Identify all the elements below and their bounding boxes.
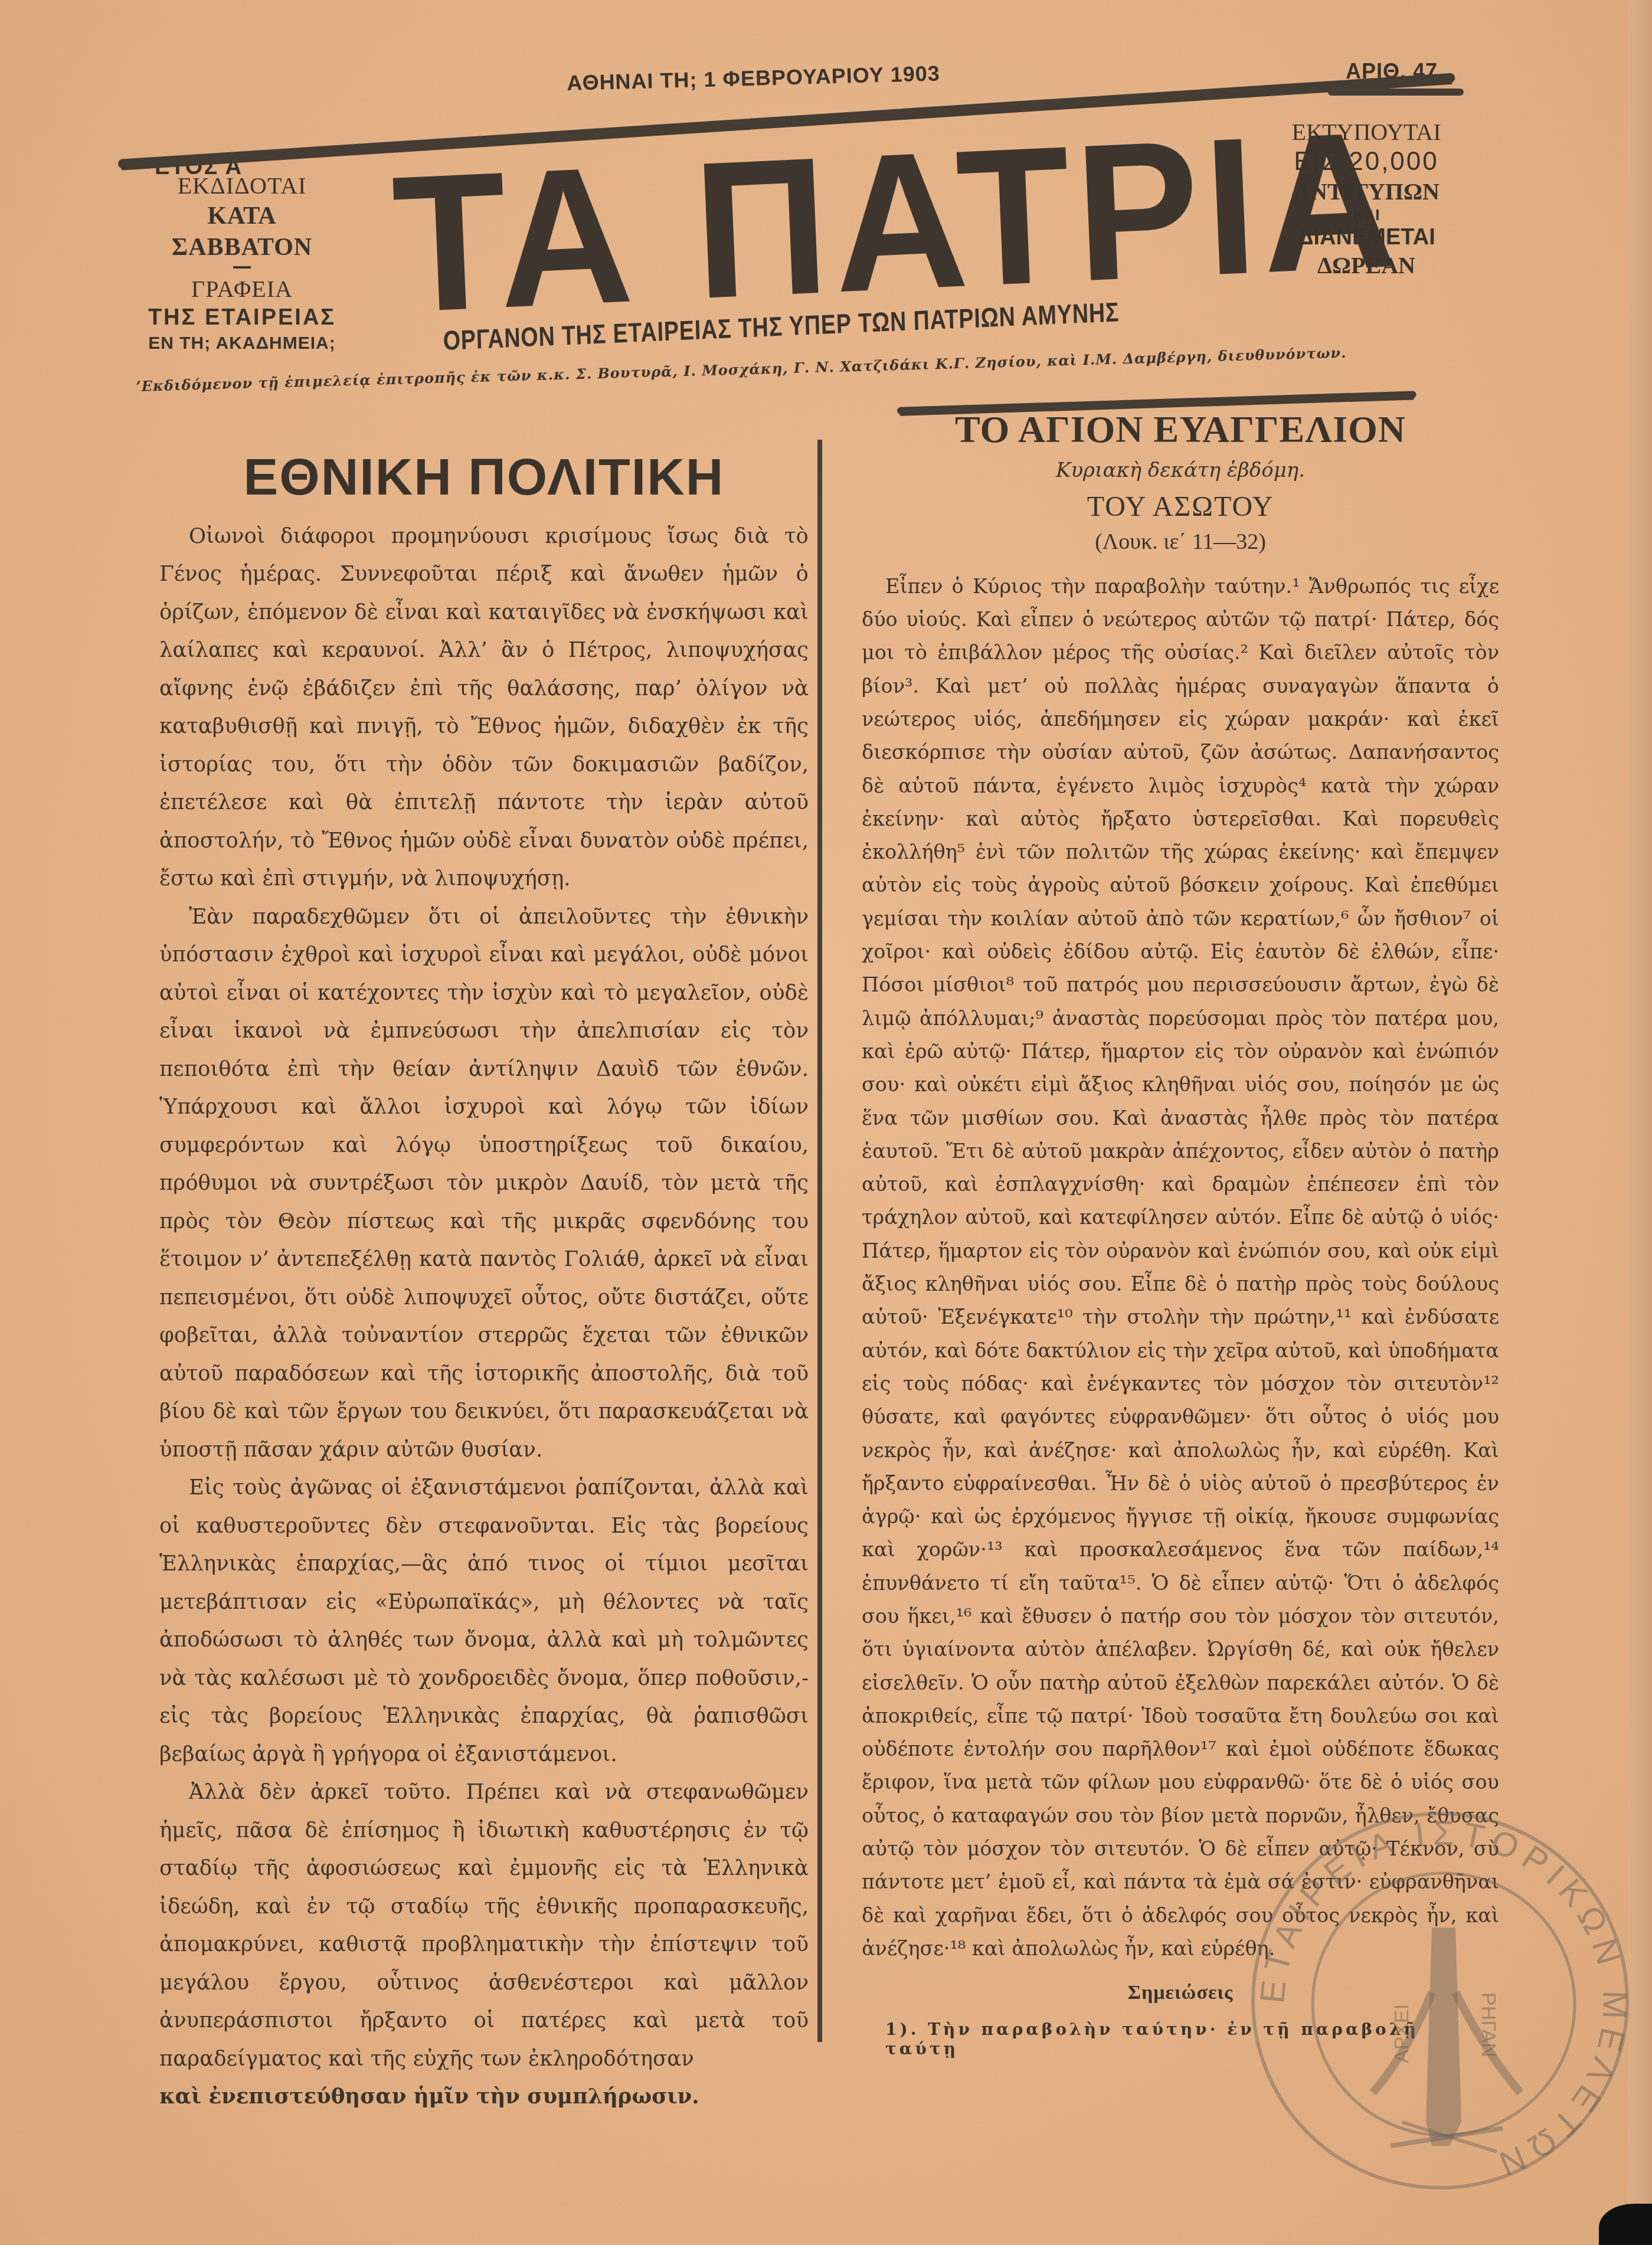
paragraph: Ἀλλὰ δὲν ἀρκεῖ τοῦτο. Πρέπει καὶ νὰ στεφ… <box>159 1773 809 2078</box>
offices-location: ΕΝ ΤΗ; ΑΚΑΔΗΜΕΙΑ; <box>136 332 348 355</box>
archive-stamp: ΕΤΑΙΡΕΙΑ ΙΣΤΟΡΙΚΩΝ ΜΕΛΕΤΩΝ ΑΡΧΕΙ ΡΗΓΑΝ <box>1251 1812 1629 2190</box>
parable-title: ΤΟΥ ΑΣΩΤΟΥ <box>862 490 1499 523</box>
published-label: ΕΚΔΙΔΟΤΑΙ <box>136 171 348 201</box>
paragraph: Εἰς τοὺς ἀγῶνας οἱ ἐξανιστάμενοι ῥαπίζον… <box>159 1469 809 1773</box>
free-label: ΔΩΡΕΑΝ <box>1269 251 1464 280</box>
distributed-label: ΔΙΑΝΕΜΕΤΑΙ <box>1269 224 1464 251</box>
offices-label: ΓΡΑΦΕΙΑ <box>136 274 348 304</box>
article-body: Εἶπεν ὁ Κύριος τὴν παραβολὴν ταύτην.¹ Ἄν… <box>862 570 1499 1965</box>
column-divider <box>817 440 822 2042</box>
print-run: ΕΙΣ 20,000 <box>1269 146 1464 178</box>
paragraph: Οἰωνοὶ διάφοροι προμηνύουσι κρισίμους ἴσ… <box>159 518 809 898</box>
published-weekday: ΚΑΤΑ ΣΑΒΒΑΤΟΝ <box>136 201 348 263</box>
date-line: ΑΘΗΝΑΙ ΤΗ; 1 ΦΕΒΡΟΥΑΡΙΟΥ 1903 <box>567 61 940 96</box>
stamp-inner-left: ΑΡΧΕΙ <box>1391 2004 1413 2063</box>
article-national-policy: ΕΘΝΙΚΗ ΠΟΛΙΤΙΚΗ Οἰωνοὶ διάφοροι προμηνύο… <box>159 449 809 2116</box>
paragraph: Εἶπεν ὁ Κύριος τὴν παραβολὴν ταύτην.¹ Ἄν… <box>862 570 1499 1965</box>
and-label: ΚΑΙ <box>1269 206 1464 224</box>
circulation-info-box: ΕΚΤΥΠΟΥΤΑΙ ΕΙΣ 20,000 ΑΝΤΙΤΥΠΩΝ ΚΑΙ ΔΙΑΝ… <box>1269 118 1464 280</box>
closing-line: καὶ ἐνεπιστεύθησαν ἡμῖν τὴν συμπλήρωσιν. <box>159 2078 809 2116</box>
article-heading: ΤΟ ΑΓΙΟΝ ΕΥΑΓΓΕΛΙΟΝ <box>862 407 1499 453</box>
offices-society: ΤΗΣ ΕΤΑΙΡΕΙΑΣ <box>136 304 348 332</box>
sunday-label: Κυριακὴ δεκάτη ἑβδόμη. <box>862 459 1499 482</box>
stamp-inner-right: ΡΗΓΑΝ <box>1477 1992 1500 2057</box>
newspaper-page: ΕΤΟΣ Α ΑΘΗΝΑΙ ΤΗ; 1 ΦΕΒΡΟΥΑΡΙΟΥ 1903 ΑΡΙ… <box>0 0 1652 2245</box>
stamp-emblem-icon: ΕΤΑΙΡΕΙΑ ΙΣΤΟΡΙΚΩΝ ΜΕΛΕΤΩΝ ΑΡΧΕΙ ΡΗΓΑΝ <box>1255 1815 1633 2193</box>
divider-dash <box>233 266 251 269</box>
copies-label: ΑΝΤΙΤΥΠΩΝ <box>1269 178 1464 206</box>
scripture-reference: (Λουκ. ιε΄ 11—32) <box>862 529 1499 555</box>
paragraph: Ἐὰν παραδεχθῶμεν ὅτι οἱ ἀπειλοῦντες τὴν … <box>159 898 809 1470</box>
publication-info-box: ΕΚΔΙΔΟΤΑΙ ΚΑΤΑ ΣΑΒΒΑΤΟΝ ΓΡΑΦΕΙΑ ΤΗΣ ΕΤΑΙ… <box>136 171 348 354</box>
printed-label: ΕΚΤΥΠΟΥΤΑΙ <box>1269 118 1464 146</box>
article-body: Οἰωνοὶ διάφοροι προμηνύουσι κρισίμους ἴσ… <box>159 518 809 2116</box>
article-gospel: ΤΟ ΑΓΙΟΝ ΕΥΑΓΓΕΛΙΟΝ Κυριακὴ δεκάτη ἑβδόμ… <box>862 407 1499 2059</box>
article-heading: ΕΘΝΙΚΗ ΠΟΛΙΤΙΚΗ <box>159 449 809 506</box>
torn-corner <box>1599 2204 1652 2245</box>
